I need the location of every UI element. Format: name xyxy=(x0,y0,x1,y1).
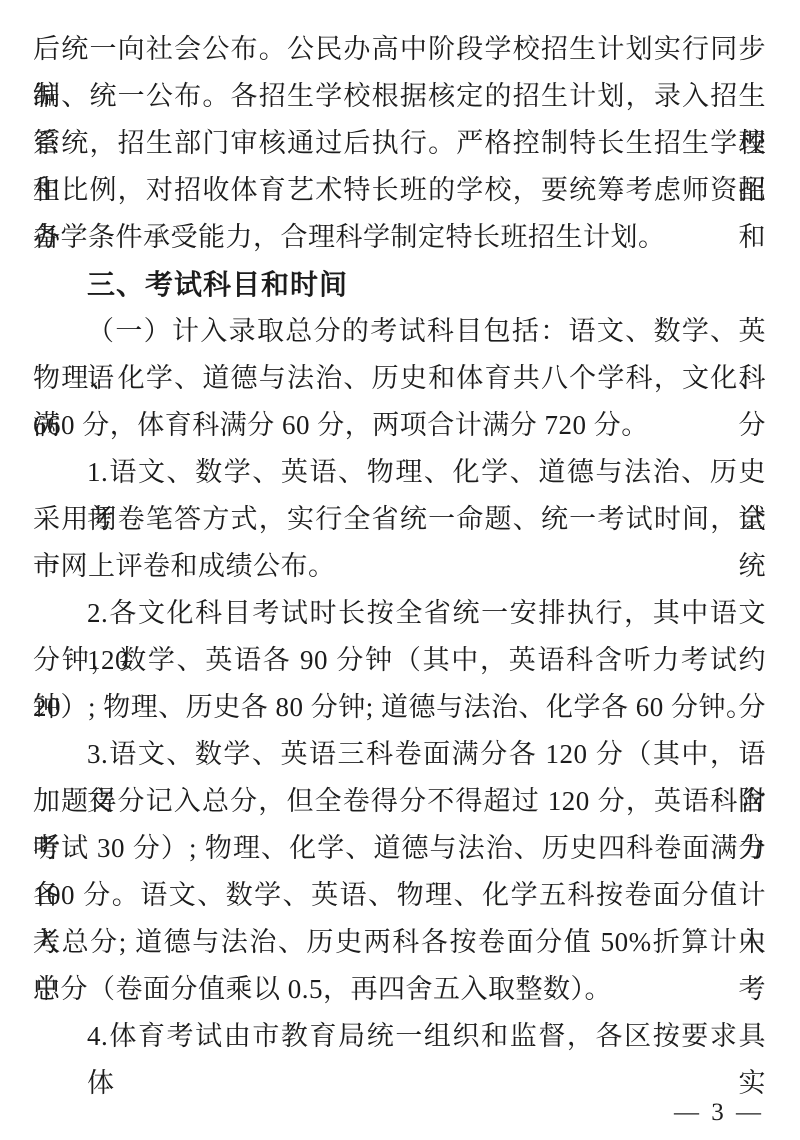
text-line: 4.体育考试由市教育局统一组织和监督，各区按要求具体实 xyxy=(33,1013,766,1060)
text-line: 1.语文、数学、英语、物理、化学、道德与法治、历史考试 xyxy=(33,449,766,496)
text-line: 考试 30 分）; 物理、化学、道德与法治、历史四科卷面满分各 xyxy=(33,825,766,872)
text-line: 考总分; 道德与法治、历史两科各按卷面分值 50%折算计入中考 xyxy=(33,919,766,966)
page-number: — 3 — xyxy=(674,1098,764,1128)
text-line: 办学条件承受能力，合理科学制定特长班招生计划。 xyxy=(33,214,766,261)
text-line: 后统一向社会公布。公民办高中阶段学校招生计划实行同步编 xyxy=(33,26,766,73)
text-line: 2.各文化科目考试时长按全省统一安排执行，其中语文 120 xyxy=(33,590,766,637)
text-line: 采用闭卷笔答方式，实行全省统一命题、统一考试时间，全市统 xyxy=(33,496,766,543)
text-line: 加题得分记入总分，但全卷得分不得超过 120 分，英语科含听力 xyxy=(33,778,766,825)
text-line: （一）计入录取总分的考试科目包括：语文、数学、英语、 xyxy=(33,308,766,355)
text-line: 物理、化学、道德与法治、历史和体育共八个学科，文化科满分 xyxy=(33,355,766,402)
section-heading: 三、考试科目和时间 xyxy=(33,261,766,308)
document-page: 后统一向社会公布。公民办高中阶段学校招生计划实行同步编制、统一公布。各招生学校根… xyxy=(0,0,800,1140)
text-line: 分钟，数学、英语各 90 分钟（其中，英语科含听力考试约 20 分 xyxy=(33,637,766,684)
text-line: 生比例，对招收体育艺术特长班的学校，要统筹考虑师资配备和 xyxy=(33,167,766,214)
document-body: 后统一向社会公布。公民办高中阶段学校招生计划实行同步编制、统一公布。各招生学校根… xyxy=(33,26,766,1060)
text-line: 3.语文、数学、英语三科卷面满分各 120 分（其中，语文附 xyxy=(33,731,766,778)
text-line: 系统，招生部门审核通过后执行。严格控制特长生招生学校和招 xyxy=(33,120,766,167)
text-line: 100 分。语文、数学、英语、物理、化学五科按卷面分值计入中 xyxy=(33,872,766,919)
text-line: 钟）; 物理、历史各 80 分钟; 道德与法治、化学各 60 分钟。 xyxy=(33,684,766,731)
text-line: 制、统一公布。各招生学校根据核定的招生计划，录入招生管理 xyxy=(33,73,766,120)
